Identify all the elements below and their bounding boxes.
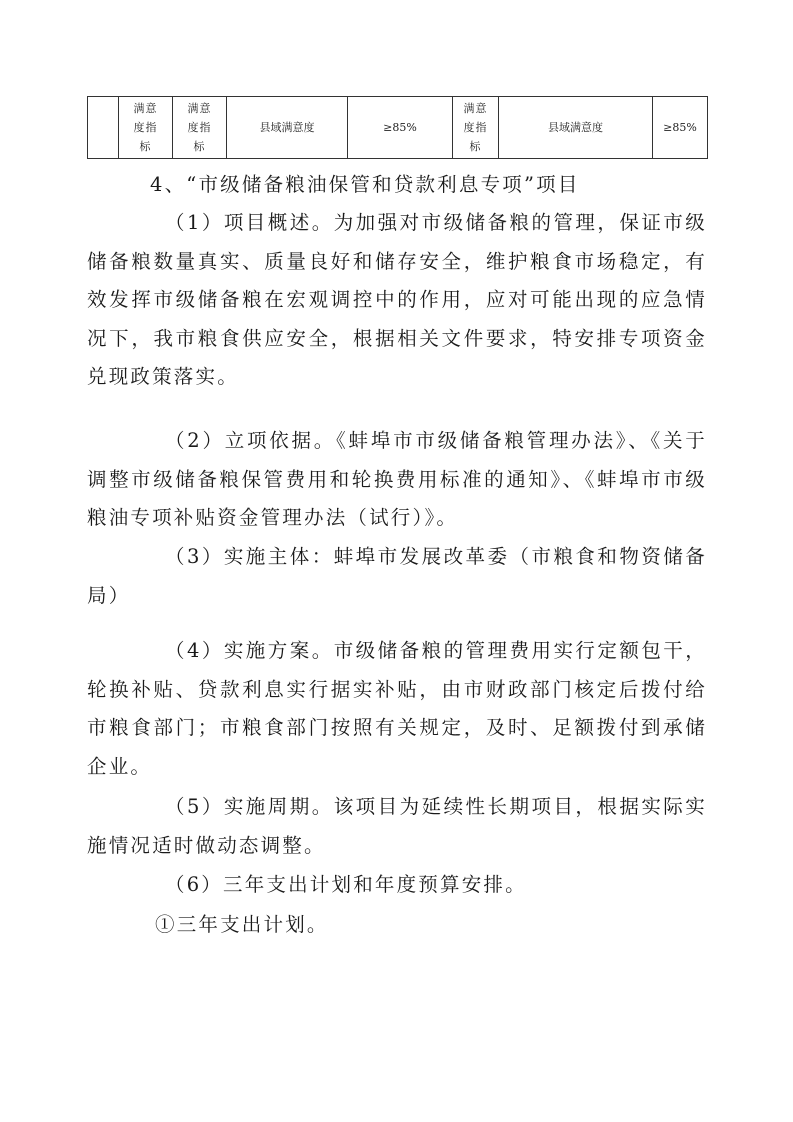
paragraph-budget-plan: （6）三年支出计划和年度预算安排。 (87, 866, 707, 905)
table-cell-target-value-2: ≥85% (653, 97, 708, 159)
paragraph-overview: （1）项目概述。为加强对市级储备粮的管理，保证市级储备粮数量真实、质量良好和储存… (87, 204, 707, 397)
table-cell-empty (88, 97, 119, 159)
paragraph-implementation-plan: （4）实施方案。市级储备粮的管理费用实行定额包干，轮换补贴、贷款利息实行据实补贴… (87, 632, 707, 786)
paragraph-basis: （2）立项依据。《蚌埠市市级储备粮管理办法》、《关于调整市级储备粮保管费用和轮换… (87, 422, 707, 538)
table-cell-indicator-subtype: 满意度指标 (173, 97, 227, 159)
table-cell-target-value: ≥85% (348, 97, 453, 159)
cell-text: 满意度指标 (131, 99, 161, 156)
table-cell-indicator-name: 县域满意度 (227, 97, 348, 159)
table-cell-indicator-type: 满意度指标 (119, 97, 173, 159)
section-heading: 4、“市级储备粮油保管和贷款利息专项”项目 (150, 166, 580, 204)
table-cell-indicator-name-2: 县域满意度 (499, 97, 653, 159)
paragraph-period: （5）实施周期。该项目为延续性长期项目，根据实际实施情况适时做动态调整。 (87, 788, 707, 865)
cell-text: 满意度指标 (461, 99, 491, 156)
paragraph-three-year-plan: ①三年支出计划。 (155, 906, 705, 945)
performance-indicator-table: 满意度指标 满意度指标 县域满意度 ≥85% 满意度指标 县域满意度 ≥85% (87, 96, 708, 159)
table-row: 满意度指标 满意度指标 县域满意度 ≥85% 满意度指标 县域满意度 ≥85% (88, 97, 708, 159)
paragraph-implementing-body: （3）实施主体：蚌埠市发展改革委（市粮食和物资储备局） (87, 538, 707, 615)
table-cell-indicator-type-2: 满意度指标 (453, 97, 499, 159)
cell-text: 满意度指标 (185, 99, 215, 156)
